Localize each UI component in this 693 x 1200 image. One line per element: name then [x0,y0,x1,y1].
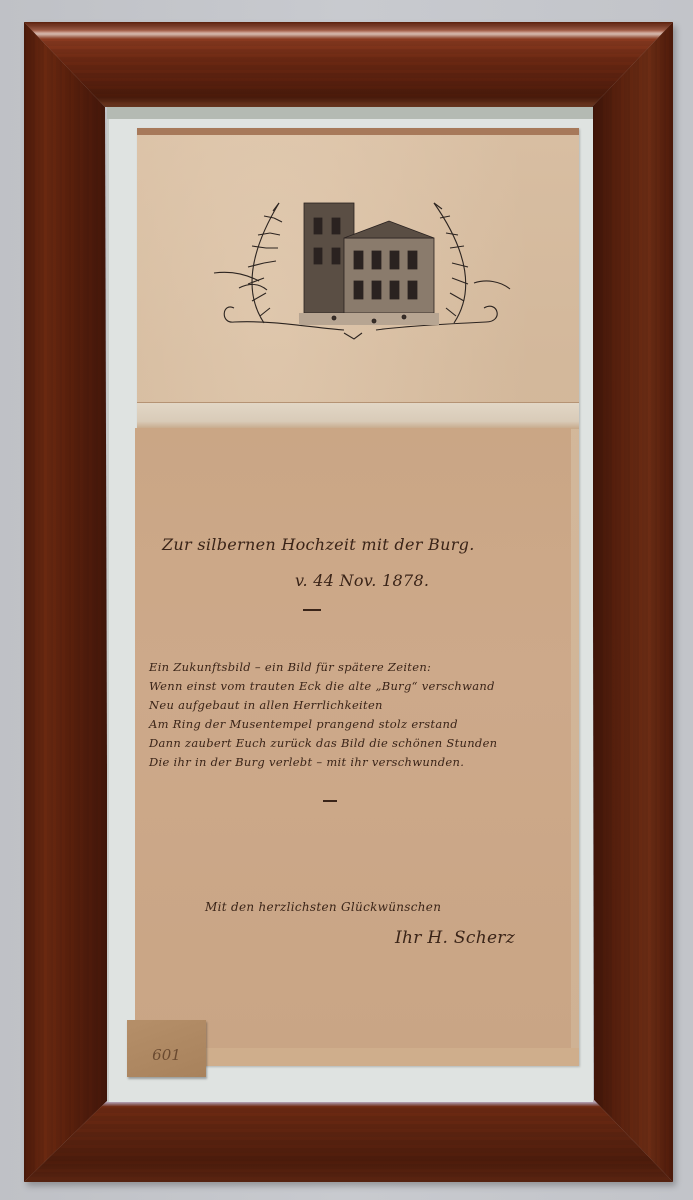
poem-line: Am Ring der Musentempel prangend stolz e… [149,715,569,734]
paper-top-edge [137,128,579,135]
inventory-label: 601 [127,1020,206,1077]
paper-fold-line [137,402,579,429]
letter-date: v. 44 Nov. 1878. [295,571,429,590]
letter-paper: Zur silbernen Hochzeit mit der Burg. v. … [137,128,579,1066]
poem-block: Ein Zukunftsbild – ein Bild für spätere … [149,658,569,772]
theatre-engraving-icon [204,183,514,343]
poem-line: Neu aufgebaut in allen Herrlichkeiten [149,696,569,715]
poem-line: Die ihr in der Burg verlebt – mit ihr ve… [149,753,569,772]
frame-right-rail [592,22,673,1182]
poem-line: Ein Zukunftsbild – ein Bild für spätere … [149,658,569,677]
poem-line: Dann zaubert Euch zurück das Bild die sc… [149,734,569,753]
frame-top-rail [24,22,673,107]
separator-dash [323,800,337,802]
letter-signature: Ihr H. Scherz [395,928,515,948]
letter-title: Zur silbernen Hochzeit mit der Burg. [162,535,475,554]
separator-dash [303,609,321,611]
poem-line: Wenn einst vom trauten Eck die alte „Bur… [149,677,569,696]
frame-bottom-rail [24,1100,673,1182]
letter-greeting: Mit den herzlichsten Glückwünschen [205,900,441,914]
inventory-number: 601 [152,1046,181,1064]
frame-left-rail [24,22,108,1182]
